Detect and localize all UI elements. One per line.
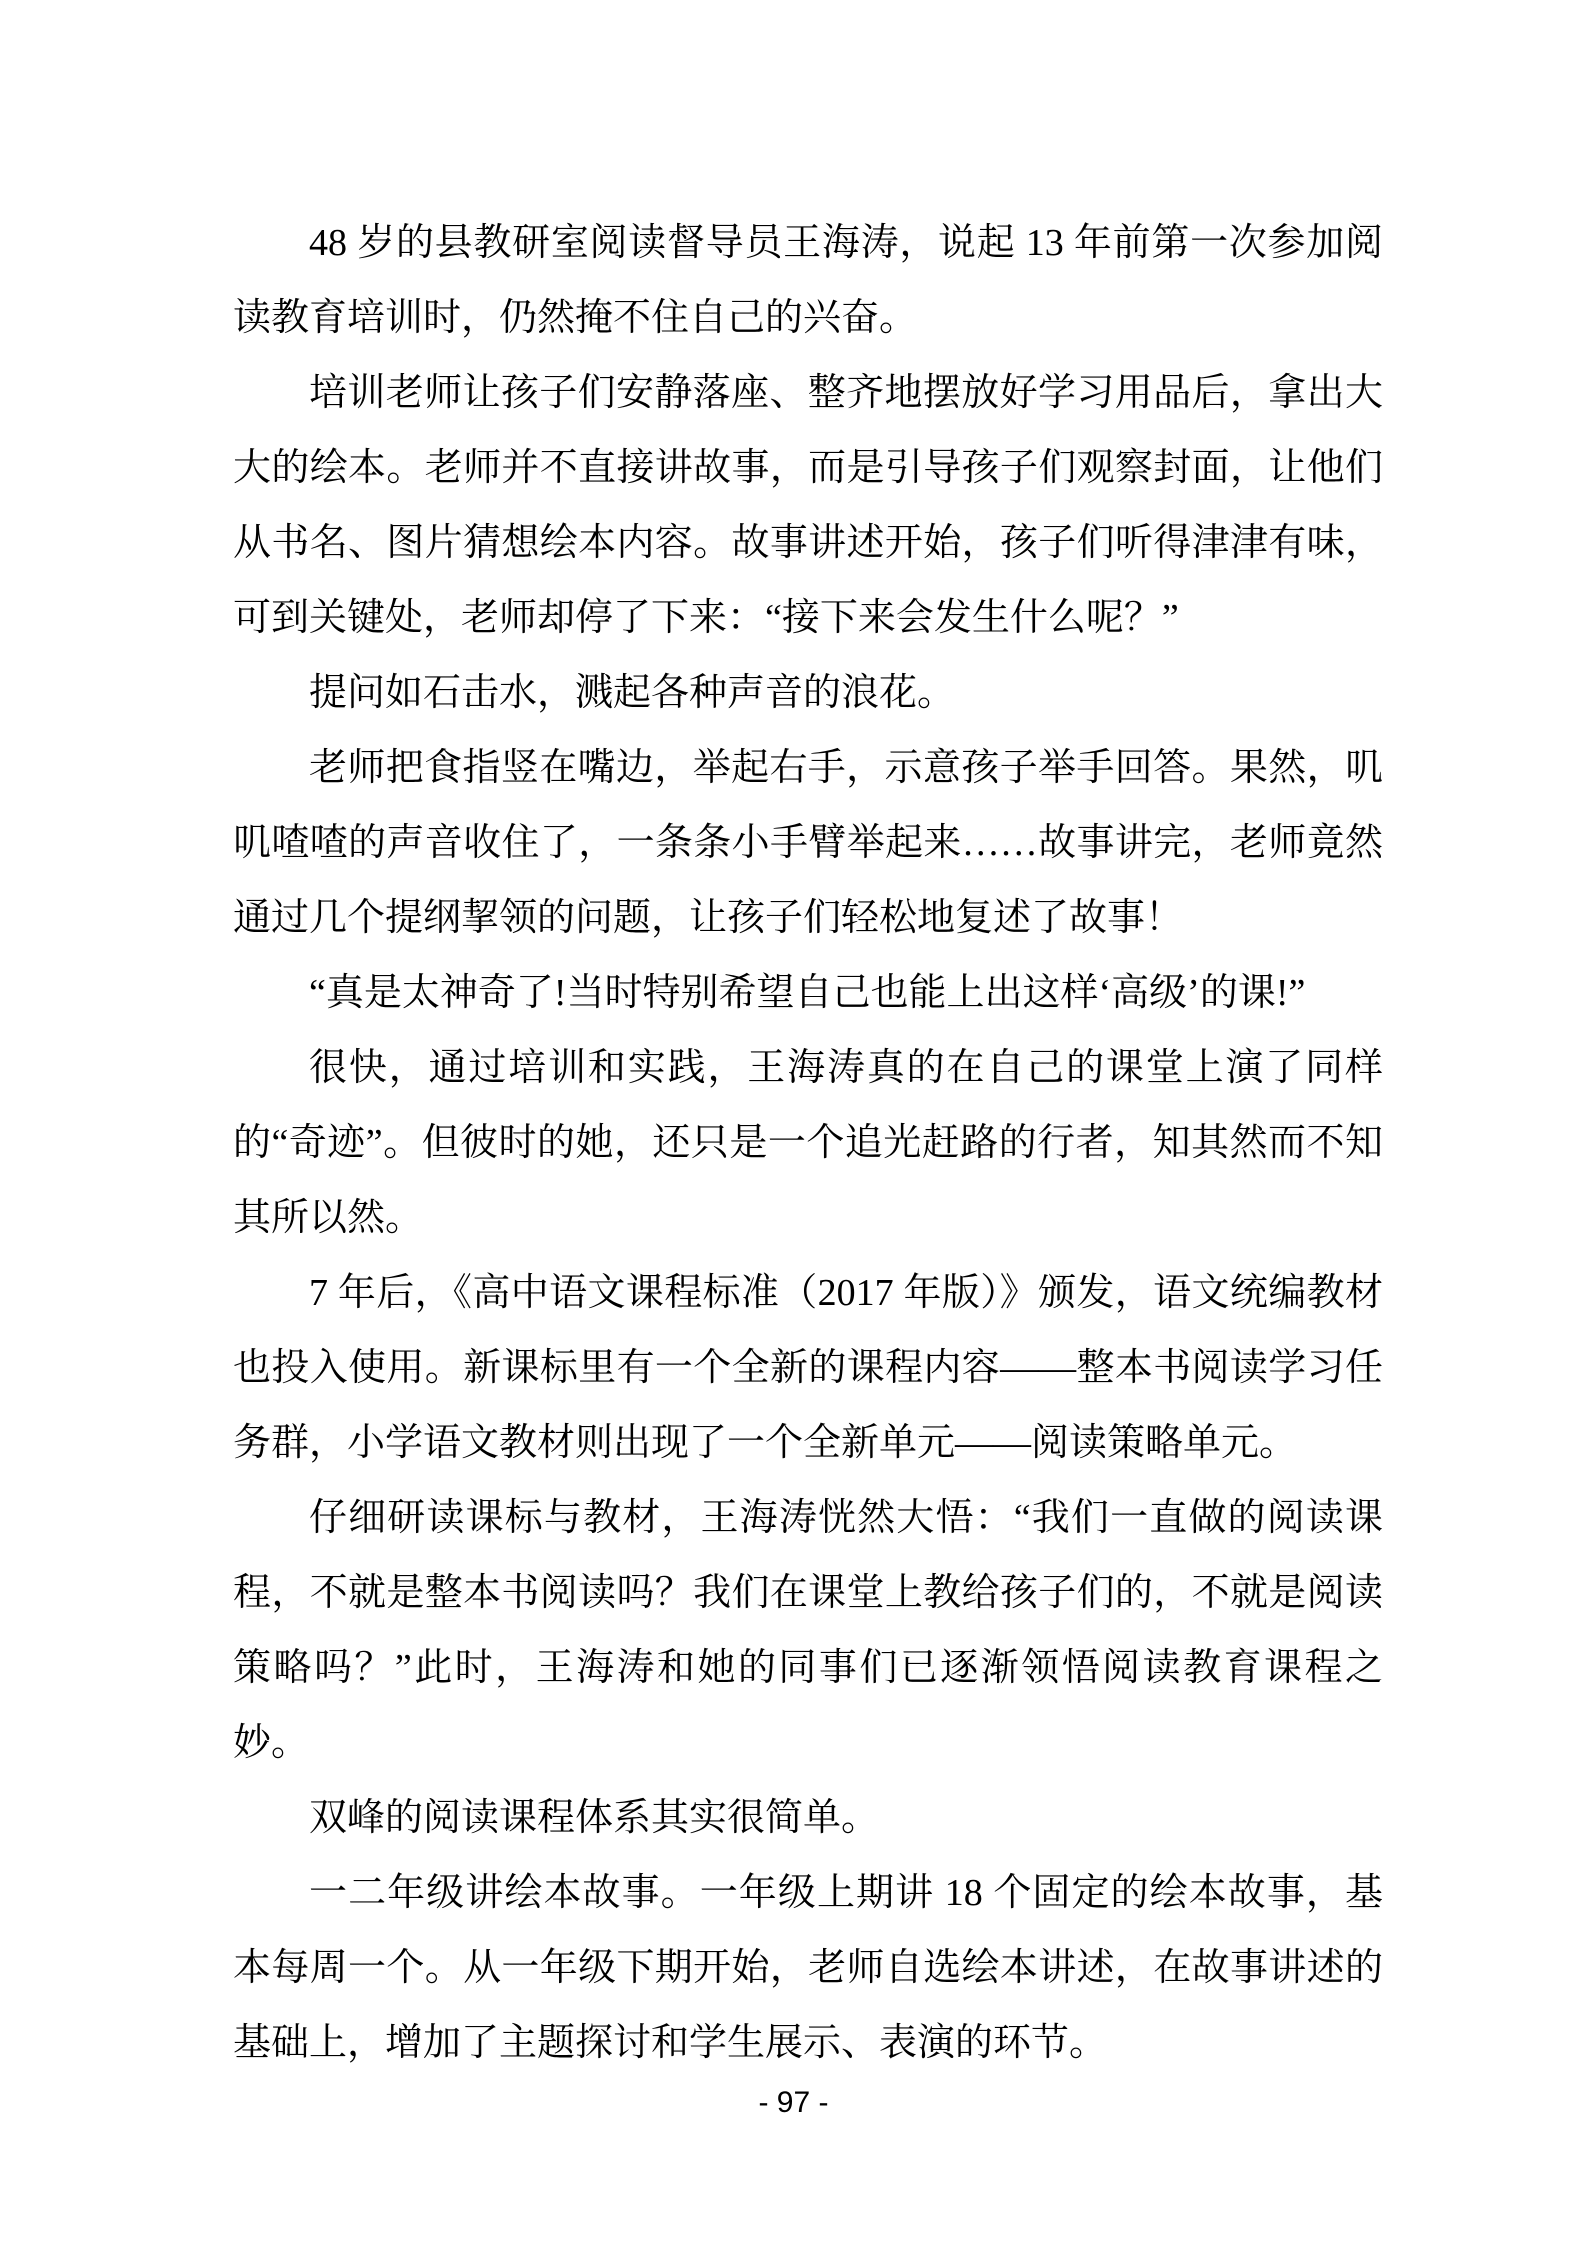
paragraph-2: 培训老师让孩子们安静落座、整齐地摆放好学习用品后，拿出大大的绘本。老师并不直接讲…	[233, 356, 1383, 656]
paragraph-1: 48 岁的县教研室阅读督导员王海涛，说起 13 年前第一次参加阅读教育培训时，仍…	[233, 206, 1383, 356]
paragraph-3: 提问如石击水，溅起各种声音的浪花。	[233, 656, 1383, 731]
paragraph-5: “真是太神奇了!当时特别希望自己也能上出这样‘高级’的课!”	[233, 956, 1383, 1031]
paragraph-4: 老师把食指竖在嘴边，举起右手，示意孩子举手回答。果然，叽叽喳喳的声音收住了，一条…	[233, 731, 1383, 956]
paragraph-6: 很快，通过培训和实践，王海涛真的在自己的课堂上演了同样的“奇迹”。但彼时的她，还…	[233, 1031, 1383, 1256]
paragraph-10: 一二年级讲绘本故事。一年级上期讲 18 个固定的绘本故事，基本每周一个。从一年级…	[233, 1856, 1383, 2081]
document-page: 48 岁的县教研室阅读督导员王海涛，说起 13 年前第一次参加阅读教育培训时，仍…	[0, 0, 1587, 2245]
page-number: - 97 -	[0, 2086, 1587, 2120]
paragraph-7: 7 年后，《高中语文课程标准（2017 年版）》颁发，语文统编教材也投入使用。新…	[233, 1256, 1383, 1481]
paragraph-8: 仔细研读课标与教材，王海涛恍然大悟：“我们一直做的阅读课程，不就是整本书阅读吗？…	[233, 1481, 1383, 1781]
page-body-text: 48 岁的县教研室阅读督导员王海涛，说起 13 年前第一次参加阅读教育培训时，仍…	[233, 206, 1383, 2081]
paragraph-9: 双峰的阅读课程体系其实很简单。	[233, 1781, 1383, 1856]
